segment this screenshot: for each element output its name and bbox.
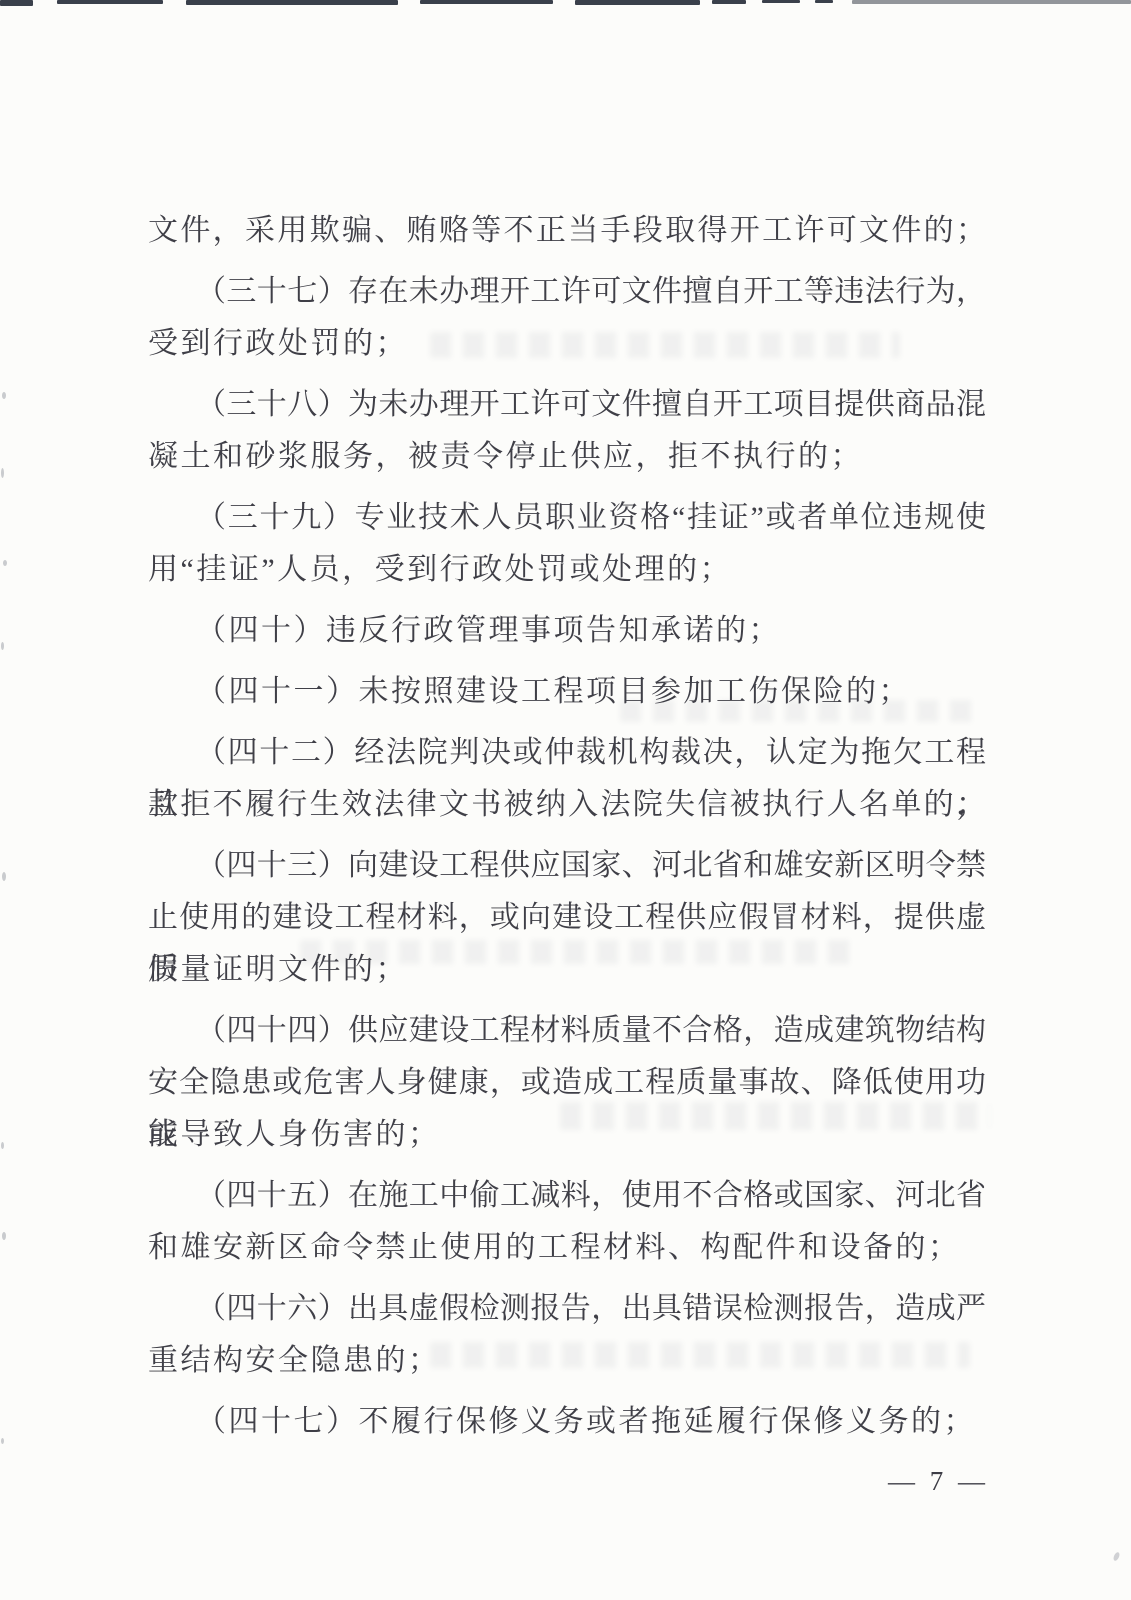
text-line: （四十一）未按照建设工程项目参加工伤保险的； bbox=[148, 666, 986, 718]
text-line: （三十九）专业技术人员职业资格“挂证”或者单位违规使 bbox=[148, 492, 986, 544]
scan-artifact-left-edge bbox=[0, 0, 10, 1600]
text-line: 文件，采用欺骗、贿赂等不正当手段取得开工许可文件的； bbox=[148, 205, 986, 257]
text-line: 用“挂证”人员，受到行政处罚或处理的； bbox=[148, 544, 986, 596]
text-line: 或导致人身伤害的； bbox=[148, 1109, 986, 1161]
text-line: （三十八）为未办理开工许可文件擅自开工项目提供商品混 bbox=[148, 379, 986, 431]
page-number: — 7 — bbox=[888, 1466, 989, 1497]
paragraph: （四十）违反行政管理事项告知承诺的； bbox=[148, 605, 986, 657]
text-line: （四十三）向建设工程供应国家、河北省和雄安新区明令禁 bbox=[148, 840, 986, 892]
paragraph: （三十七）存在未办理开工许可文件擅自开工等违法行为，受到行政处罚的； bbox=[148, 266, 986, 370]
paragraph: （四十四）供应建设工程材料质量不合格，造成建筑物结构安全隐患或危害人身健康，或造… bbox=[148, 1005, 986, 1161]
text-line: （三十七）存在未办理开工许可文件擅自开工等违法行为， bbox=[148, 266, 986, 318]
text-line: 且拒不履行生效法律文书被纳入法院失信被执行人名单的； bbox=[148, 779, 986, 831]
paragraph: （四十三）向建设工程供应国家、河北省和雄安新区明令禁止使用的建设工程材料，或向建… bbox=[148, 840, 986, 996]
text-line: 受到行政处罚的； bbox=[148, 318, 986, 370]
text-line: （四十五）在施工中偷工减料，使用不合格或国家、河北省 bbox=[148, 1170, 986, 1222]
scan-artifact-corner bbox=[1112, 1551, 1120, 1561]
text-line: （四十四）供应建设工程材料质量不合格，造成建筑物结构 bbox=[148, 1005, 986, 1057]
text-line: 重结构安全隐患的； bbox=[148, 1335, 986, 1387]
paragraph: （四十二）经法院判决或仲裁机构裁决，认定为拖欠工程款，且拒不履行生效法律文书被纳… bbox=[148, 727, 986, 831]
paragraph: （四十六）出具虚假检测报告，出具错误检测报告，造成严重结构安全隐患的； bbox=[148, 1283, 986, 1387]
text-line: 安全隐患或危害人身健康，或造成工程质量事故、降低使用功能 bbox=[148, 1057, 986, 1109]
text-line: 和雄安新区命令禁止使用的工程材料、构配件和设备的； bbox=[148, 1222, 986, 1274]
paragraph: （四十七）不履行保修义务或者拖延履行保修义务的； bbox=[148, 1396, 986, 1448]
paragraph: （四十一）未按照建设工程项目参加工伤保险的； bbox=[148, 666, 986, 718]
text-line: （四十）违反行政管理事项告知承诺的； bbox=[148, 605, 986, 657]
text-line: 质量证明文件的； bbox=[148, 944, 986, 996]
document-body: 文件，采用欺骗、贿赂等不正当手段取得开工许可文件的；（三十七）存在未办理开工许可… bbox=[148, 0, 986, 1457]
text-line: （四十二）经法院判决或仲裁机构裁决，认定为拖欠工程款， bbox=[148, 727, 986, 779]
paragraph: （三十九）专业技术人员职业资格“挂证”或者单位违规使用“挂证”人员，受到行政处罚… bbox=[148, 492, 986, 596]
text-line: （四十六）出具虚假检测报告，出具错误检测报告，造成严 bbox=[148, 1283, 986, 1335]
text-line: （四十七）不履行保修义务或者拖延履行保修义务的； bbox=[148, 1396, 986, 1448]
document-page: 文件，采用欺骗、贿赂等不正当手段取得开工许可文件的；（三十七）存在未办理开工许可… bbox=[0, 0, 1131, 1600]
text-line: 止使用的建设工程材料，或向建设工程供应假冒材料，提供虚假 bbox=[148, 892, 986, 944]
text-line: 凝土和砂浆服务，被责令停止供应，拒不执行的； bbox=[148, 431, 986, 483]
paragraph: （三十八）为未办理开工许可文件擅自开工项目提供商品混凝土和砂浆服务，被责令停止供… bbox=[148, 379, 986, 483]
paragraph: （四十五）在施工中偷工减料，使用不合格或国家、河北省和雄安新区命令禁止使用的工程… bbox=[148, 1170, 986, 1274]
paragraph: 文件，采用欺骗、贿赂等不正当手段取得开工许可文件的； bbox=[148, 205, 986, 257]
